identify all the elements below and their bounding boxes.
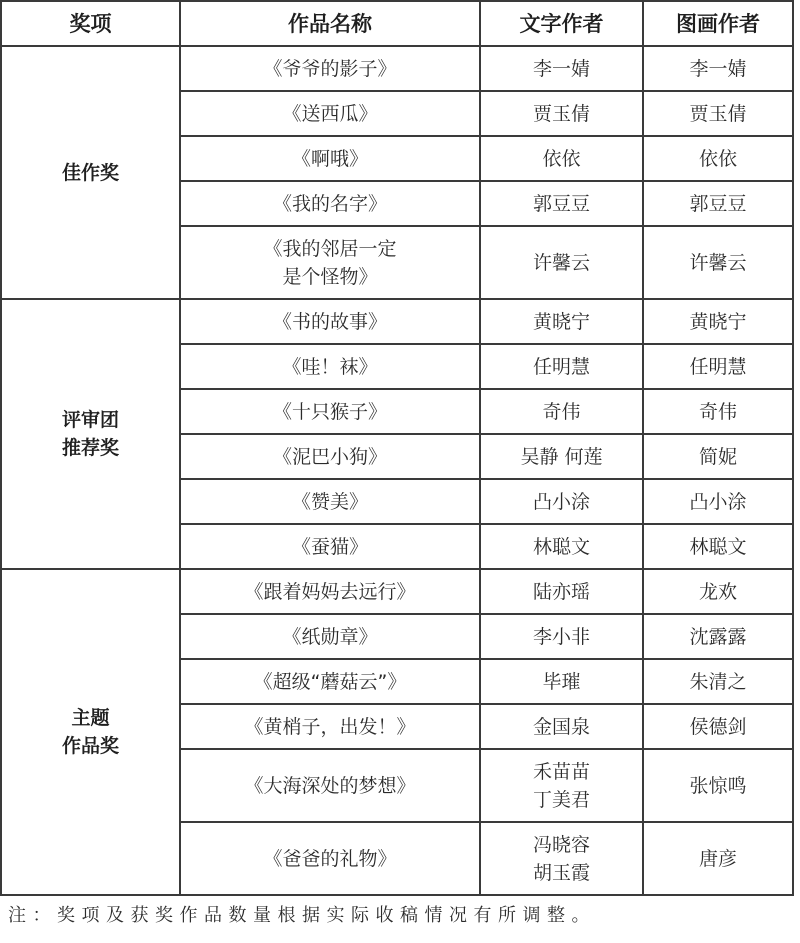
writer-cell: 李小非 xyxy=(480,614,643,659)
illustrator-name: 简妮 xyxy=(644,443,792,471)
illustrator-cell: 侯德剑 xyxy=(643,704,793,749)
writer-name: 李一婧 xyxy=(481,55,642,83)
illustrator-name: 凸小涂 xyxy=(644,488,792,516)
work-title-cell: 《泥巴小狗》 xyxy=(180,434,480,479)
work-title: 《书的故事》 xyxy=(181,308,479,336)
work-title-cell: 《我的邻居一定 是个怪物》 xyxy=(180,226,480,299)
writer-cell: 陆亦瑶 xyxy=(480,569,643,614)
illustrator-name: 唐彦 xyxy=(644,845,792,873)
writer-name: 林聪文 xyxy=(481,533,642,561)
illustrator-cell: 贾玉倩 xyxy=(643,91,793,136)
writer-name: 依依 xyxy=(481,145,642,173)
work-title-cell: 《黄梢子，出发！》 xyxy=(180,704,480,749)
category-cell: 主题 作品奖 xyxy=(1,569,180,895)
writer-cell: 金国泉 xyxy=(480,704,643,749)
work-title: 《纸勋章》 xyxy=(181,623,479,651)
illustrator-cell: 简妮 xyxy=(643,434,793,479)
writer-cell: 奇伟 xyxy=(480,389,643,434)
category-label: 评审团 推荐奖 xyxy=(2,406,179,462)
illustrator-name: 依依 xyxy=(644,145,792,173)
work-title-cell: 《大海深处的梦想》 xyxy=(180,749,480,822)
illustrator-cell: 林聪文 xyxy=(643,524,793,569)
writer-cell: 毕璀 xyxy=(480,659,643,704)
work-title: 《泥巴小狗》 xyxy=(181,443,479,471)
writer-name: 贾玉倩 xyxy=(481,100,642,128)
illustrator-name: 贾玉倩 xyxy=(644,100,792,128)
writer-cell: 贾玉倩 xyxy=(480,91,643,136)
work-title: 《蚕猫》 xyxy=(181,533,479,561)
illustrator-name: 郭豆豆 xyxy=(644,190,792,218)
illustrator-name: 奇伟 xyxy=(644,398,792,426)
work-title-cell: 《跟着妈妈去远行》 xyxy=(180,569,480,614)
illustrator-name: 沈露露 xyxy=(644,623,792,651)
writer-name: 郭豆豆 xyxy=(481,190,642,218)
writer-name: 吴静 何莲 xyxy=(481,443,642,471)
writer-cell: 郭豆豆 xyxy=(480,181,643,226)
category-cell: 评审团 推荐奖 xyxy=(1,299,180,569)
work-title-cell: 《爸爸的礼物》 xyxy=(180,822,480,895)
header-work-title: 作品名称 xyxy=(180,1,480,46)
work-title-cell: 《蚕猫》 xyxy=(180,524,480,569)
illustrator-cell: 龙欢 xyxy=(643,569,793,614)
work-title: 《送西瓜》 xyxy=(181,100,479,128)
illustrator-name: 张惊鸣 xyxy=(644,772,792,800)
illustrator-name: 朱清之 xyxy=(644,668,792,696)
illustrator-cell: 张惊鸣 xyxy=(643,749,793,822)
work-title: 《爸爸的礼物》 xyxy=(181,845,479,873)
work-title-cell: 《送西瓜》 xyxy=(180,91,480,136)
category-cell: 佳作奖 xyxy=(1,46,180,299)
illustrator-cell: 李一婧 xyxy=(643,46,793,91)
header-award-category: 奖项 xyxy=(1,1,180,46)
writer-name: 陆亦瑶 xyxy=(481,578,642,606)
work-title: 《啊哦》 xyxy=(181,145,479,173)
writer-name: 毕璀 xyxy=(481,668,642,696)
writer-cell: 冯晓容 胡玉霞 xyxy=(480,822,643,895)
header-text-author: 文字作者 xyxy=(480,1,643,46)
writer-name: 金国泉 xyxy=(481,713,642,741)
illustrator-name: 李一婧 xyxy=(644,55,792,83)
illustrator-cell: 任明慧 xyxy=(643,344,793,389)
work-title: 《爷爷的影子》 xyxy=(181,55,479,83)
work-title: 《黄梢子，出发！》 xyxy=(181,713,479,741)
work-title-cell: 《超级“蘑菇云”》 xyxy=(180,659,480,704)
writer-cell: 依依 xyxy=(480,136,643,181)
writer-cell: 黄晓宁 xyxy=(480,299,643,344)
work-title: 《跟着妈妈去远行》 xyxy=(181,578,479,606)
writer-cell: 林聪文 xyxy=(480,524,643,569)
illustrator-name: 侯德剑 xyxy=(644,713,792,741)
work-title: 《十只猴子》 xyxy=(181,398,479,426)
work-title: 《超级“蘑菇云”》 xyxy=(181,668,479,696)
table-row: 佳作奖 《爷爷的影子》 李一婧 李一婧 xyxy=(1,46,793,91)
illustrator-cell: 许馨云 xyxy=(643,226,793,299)
illustrator-cell: 朱清之 xyxy=(643,659,793,704)
illustrator-name: 黄晓宁 xyxy=(644,308,792,336)
illustrator-cell: 黄晓宁 xyxy=(643,299,793,344)
work-title: 《赞美》 xyxy=(181,488,479,516)
work-title: 《我的邻居一定 是个怪物》 xyxy=(181,235,479,291)
work-title-cell: 《哇！袜》 xyxy=(180,344,480,389)
header-illustrator: 图画作者 xyxy=(643,1,793,46)
work-title-cell: 《赞美》 xyxy=(180,479,480,524)
illustrator-cell: 沈露露 xyxy=(643,614,793,659)
work-title: 《大海深处的梦想》 xyxy=(181,772,479,800)
work-title-cell: 《十只猴子》 xyxy=(180,389,480,434)
writer-name: 许馨云 xyxy=(481,249,642,277)
illustrator-name: 任明慧 xyxy=(644,353,792,381)
writer-name: 禾苗苗 丁美君 xyxy=(481,758,642,814)
illustrator-name: 龙欢 xyxy=(644,578,792,606)
writer-cell: 许馨云 xyxy=(480,226,643,299)
work-title-cell: 《啊哦》 xyxy=(180,136,480,181)
illustrator-cell: 依依 xyxy=(643,136,793,181)
work-title-cell: 《我的名字》 xyxy=(180,181,480,226)
writer-cell: 任明慧 xyxy=(480,344,643,389)
writer-cell: 李一婧 xyxy=(480,46,643,91)
illustrator-cell: 奇伟 xyxy=(643,389,793,434)
writer-name: 冯晓容 胡玉霞 xyxy=(481,831,642,887)
illustrator-cell: 凸小涂 xyxy=(643,479,793,524)
work-title: 《哇！袜》 xyxy=(181,353,479,381)
category-label: 主题 作品奖 xyxy=(2,704,179,760)
writer-name: 奇伟 xyxy=(481,398,642,426)
writer-name: 任明慧 xyxy=(481,353,642,381)
category-label: 佳作奖 xyxy=(2,159,179,187)
illustrator-name: 林聪文 xyxy=(644,533,792,561)
work-title-cell: 《书的故事》 xyxy=(180,299,480,344)
writer-name: 李小非 xyxy=(481,623,642,651)
writer-cell: 禾苗苗 丁美君 xyxy=(480,749,643,822)
awards-table: 奖项 作品名称 文字作者 图画作者 佳作奖 《爷爷的影子》 李一婧 李一婧 《送… xyxy=(0,0,794,896)
writer-name: 黄晓宁 xyxy=(481,308,642,336)
illustrator-cell: 郭豆豆 xyxy=(643,181,793,226)
illustrator-name: 许馨云 xyxy=(644,249,792,277)
work-title-cell: 《爷爷的影子》 xyxy=(180,46,480,91)
footnote: 注：奖项及获奖作品数量根据实际收稿情况有所调整。 xyxy=(8,901,596,927)
header-row: 奖项 作品名称 文字作者 图画作者 xyxy=(1,1,793,46)
table-row: 主题 作品奖 《跟着妈妈去远行》 陆亦瑶 龙欢 xyxy=(1,569,793,614)
table-row: 评审团 推荐奖 《书的故事》 黄晓宁 黄晓宁 xyxy=(1,299,793,344)
writer-cell: 凸小涂 xyxy=(480,479,643,524)
work-title-cell: 《纸勋章》 xyxy=(180,614,480,659)
writer-cell: 吴静 何莲 xyxy=(480,434,643,479)
writer-name: 凸小涂 xyxy=(481,488,642,516)
work-title: 《我的名字》 xyxy=(181,190,479,218)
illustrator-cell: 唐彦 xyxy=(643,822,793,895)
